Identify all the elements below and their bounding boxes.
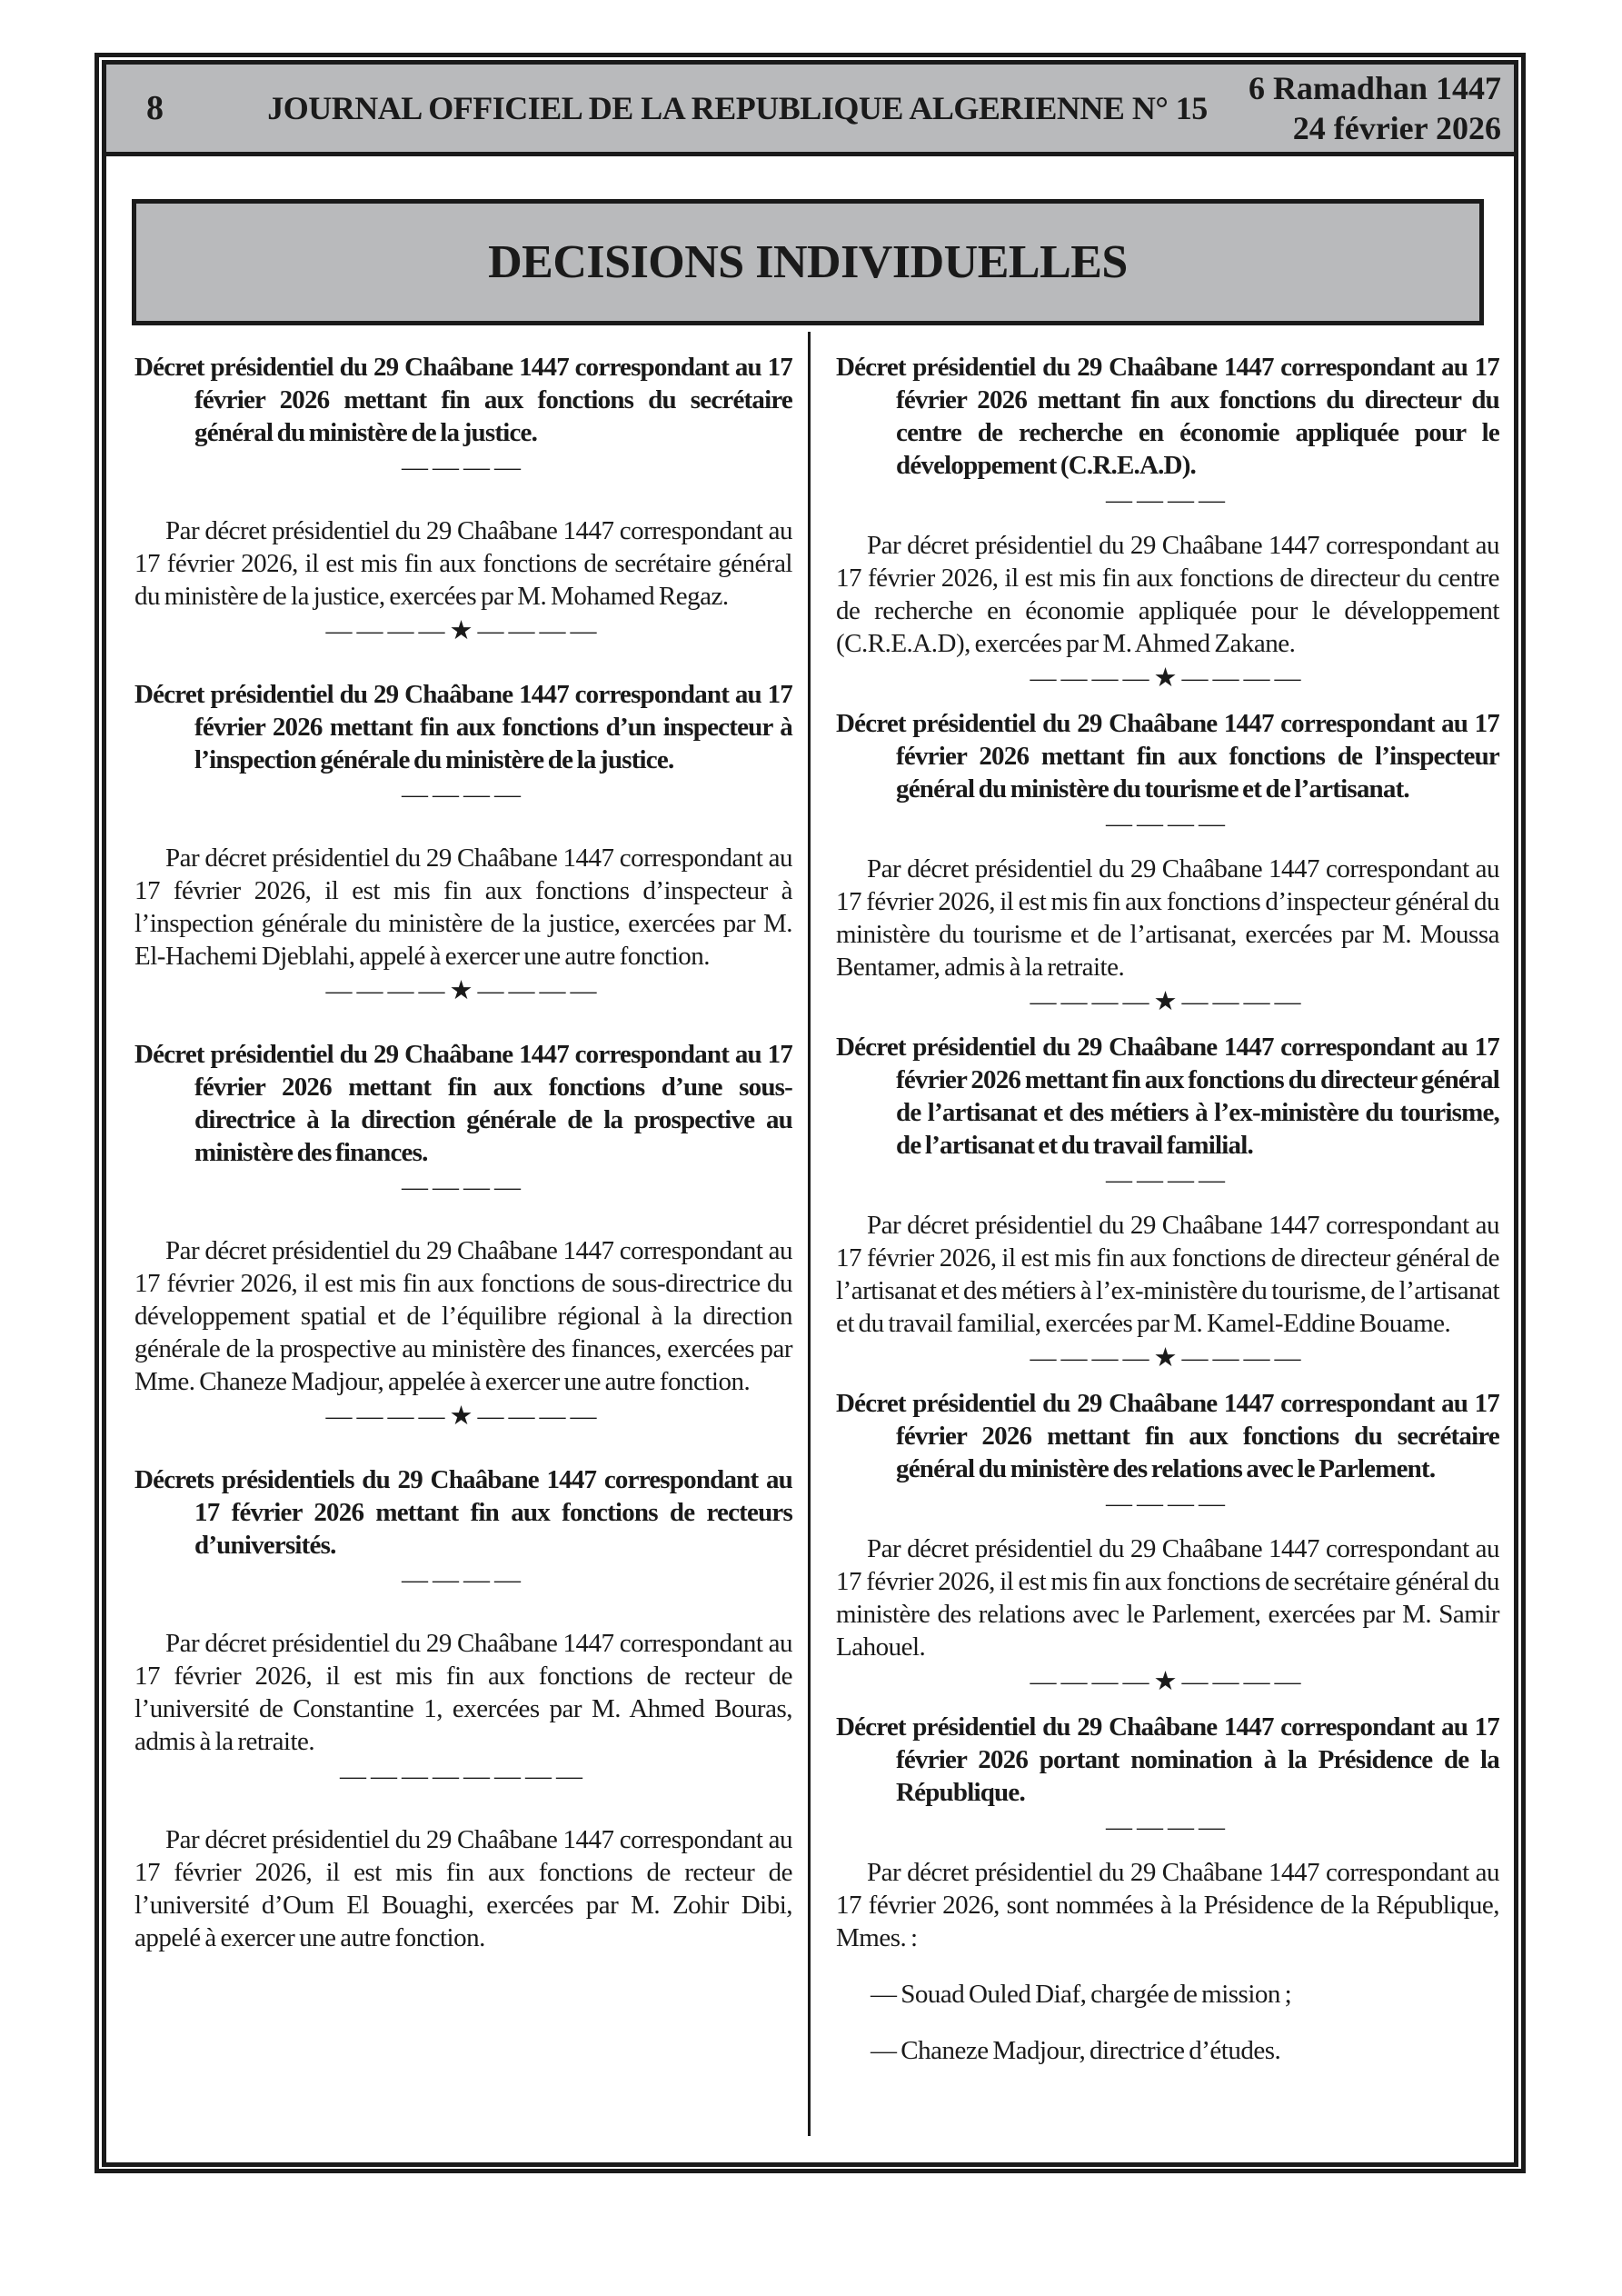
- separator-dashes: ————: [134, 778, 792, 811]
- right-column: Décret présidentiel du 29 Chaâbane 1447 …: [836, 351, 1499, 2067]
- separator-dashes: ————: [836, 807, 1499, 840]
- decree-section: Décret présidentiel du 29 Chaâbane 1447 …: [134, 1038, 792, 1433]
- section-banner-title: DECISIONS INDIVIDUELLES: [488, 235, 1128, 289]
- decree-heading: Décret présidentiel du 29 Chaâbane 1447 …: [896, 1031, 1499, 1162]
- decree-section: Décret présidentiel du 29 Chaâbane 1447 …: [836, 1387, 1499, 1698]
- decree-section: Décret présidentiel du 29 Chaâbane 1447 …: [134, 678, 792, 1007]
- decree-section: Décret présidentiel du 29 Chaâbane 1447 …: [836, 351, 1499, 694]
- separator-dashes: ————: [134, 1171, 792, 1203]
- journal-title: JOURNAL OFFICIEL DE LA REPUBLIQUE ALGERI…: [246, 89, 1229, 127]
- decree-section: Décret présidentiel du 29 Chaâbane 1447 …: [134, 351, 792, 647]
- decree-paragraph: Par décret présidentiel du 29 Chaâbane 1…: [836, 529, 1499, 660]
- decree-paragraph: Par décret présidentiel du 29 Chaâbane 1…: [134, 842, 792, 973]
- separator-dashes: ————: [836, 1163, 1499, 1196]
- decree-heading: Décret présidentiel du 29 Chaâbane 1447 …: [194, 678, 792, 776]
- decree-paragraph: Par décret présidentiel du 29 Chaâbane 1…: [134, 514, 792, 613]
- separator-star: ————★————: [836, 985, 1499, 1018]
- decree-heading: Décret présidentiel du 29 Chaâbane 1447 …: [896, 1387, 1499, 1485]
- separator-dashes: ————: [836, 1811, 1499, 1843]
- decree-section: Décrets présidentiels du 29 Chaâbane 144…: [134, 1463, 792, 1954]
- separator-star: ————★————: [836, 662, 1499, 694]
- decree-paragraph: Par décret présidentiel du 29 Chaâbane 1…: [836, 1209, 1499, 1340]
- decree-paragraph: Par décret présidentiel du 29 Chaâbane 1…: [134, 1823, 792, 1954]
- separator-dashes: ————: [836, 1487, 1499, 1520]
- page-number: 8: [146, 88, 246, 128]
- section-banner: DECISIONS INDIVIDUELLES: [132, 199, 1484, 325]
- decree-paragraph: Par décret présidentiel du 29 Chaâbane 1…: [836, 853, 1499, 983]
- column-divider: [808, 332, 811, 2136]
- decree-section: Décret présidentiel du 29 Chaâbane 1447 …: [836, 1031, 1499, 1374]
- decree-heading: Décret présidentiel du 29 Chaâbane 1447 …: [896, 351, 1499, 482]
- date-gregorian: 24 février 2026: [1229, 108, 1501, 148]
- decree-paragraph: Par décret présidentiel du 29 Chaâbane 1…: [134, 1234, 792, 1398]
- decree-heading: Décret présidentiel du 29 Chaâbane 1447 …: [896, 1711, 1499, 1809]
- decree-section: Décret présidentiel du 29 Chaâbane 1447 …: [836, 707, 1499, 1018]
- separator-star: ————★————: [134, 974, 792, 1007]
- decree-paragraph: Par décret présidentiel du 29 Chaâbane 1…: [836, 1856, 1499, 1954]
- separator-star: ————★————: [134, 614, 792, 647]
- separator-long-dashes: ————————: [134, 1760, 792, 1792]
- separator-star: ————★————: [836, 1665, 1499, 1698]
- decree-heading: Décrets présidentiels du 29 Chaâbane 144…: [194, 1463, 792, 1562]
- decree-heading: Décret présidentiel du 29 Chaâbane 1447 …: [194, 351, 792, 449]
- decree-heading: Décret présidentiel du 29 Chaâbane 1447 …: [896, 707, 1499, 805]
- separator-dashes: ————: [134, 451, 792, 484]
- nominee-item: — Souad Ouled Diaf, chargée de mission ;: [836, 1978, 1499, 2011]
- journal-page: 8 JOURNAL OFFICIEL DE LA REPUBLIQUE ALGE…: [0, 0, 1622, 2296]
- left-column: Décret présidentiel du 29 Chaâbane 1447 …: [134, 351, 792, 1954]
- separator-dashes: ————: [836, 484, 1499, 516]
- page-frame-inner: 8 JOURNAL OFFICIEL DE LA REPUBLIQUE ALGE…: [102, 60, 1518, 2167]
- issue-dates: 6 Ramadhan 1447 24 février 2026: [1229, 68, 1501, 148]
- decree-paragraph: Par décret présidentiel du 29 Chaâbane 1…: [134, 1627, 792, 1758]
- decree-section: Décret présidentiel du 29 Chaâbane 1447 …: [836, 1711, 1499, 2067]
- date-hijri: 6 Ramadhan 1447: [1229, 68, 1501, 108]
- decree-paragraph: Par décret présidentiel du 29 Chaâbane 1…: [836, 1532, 1499, 1663]
- header-bar: 8 JOURNAL OFFICIEL DE LA REPUBLIQUE ALGE…: [106, 65, 1514, 156]
- separator-star: ————★————: [134, 1400, 792, 1433]
- nominee-item: — Chaneze Madjour, directrice d’études.: [836, 2034, 1499, 2067]
- separator-dashes: ————: [134, 1563, 792, 1596]
- decree-heading: Décret présidentiel du 29 Chaâbane 1447 …: [194, 1038, 792, 1169]
- separator-star: ————★————: [836, 1342, 1499, 1374]
